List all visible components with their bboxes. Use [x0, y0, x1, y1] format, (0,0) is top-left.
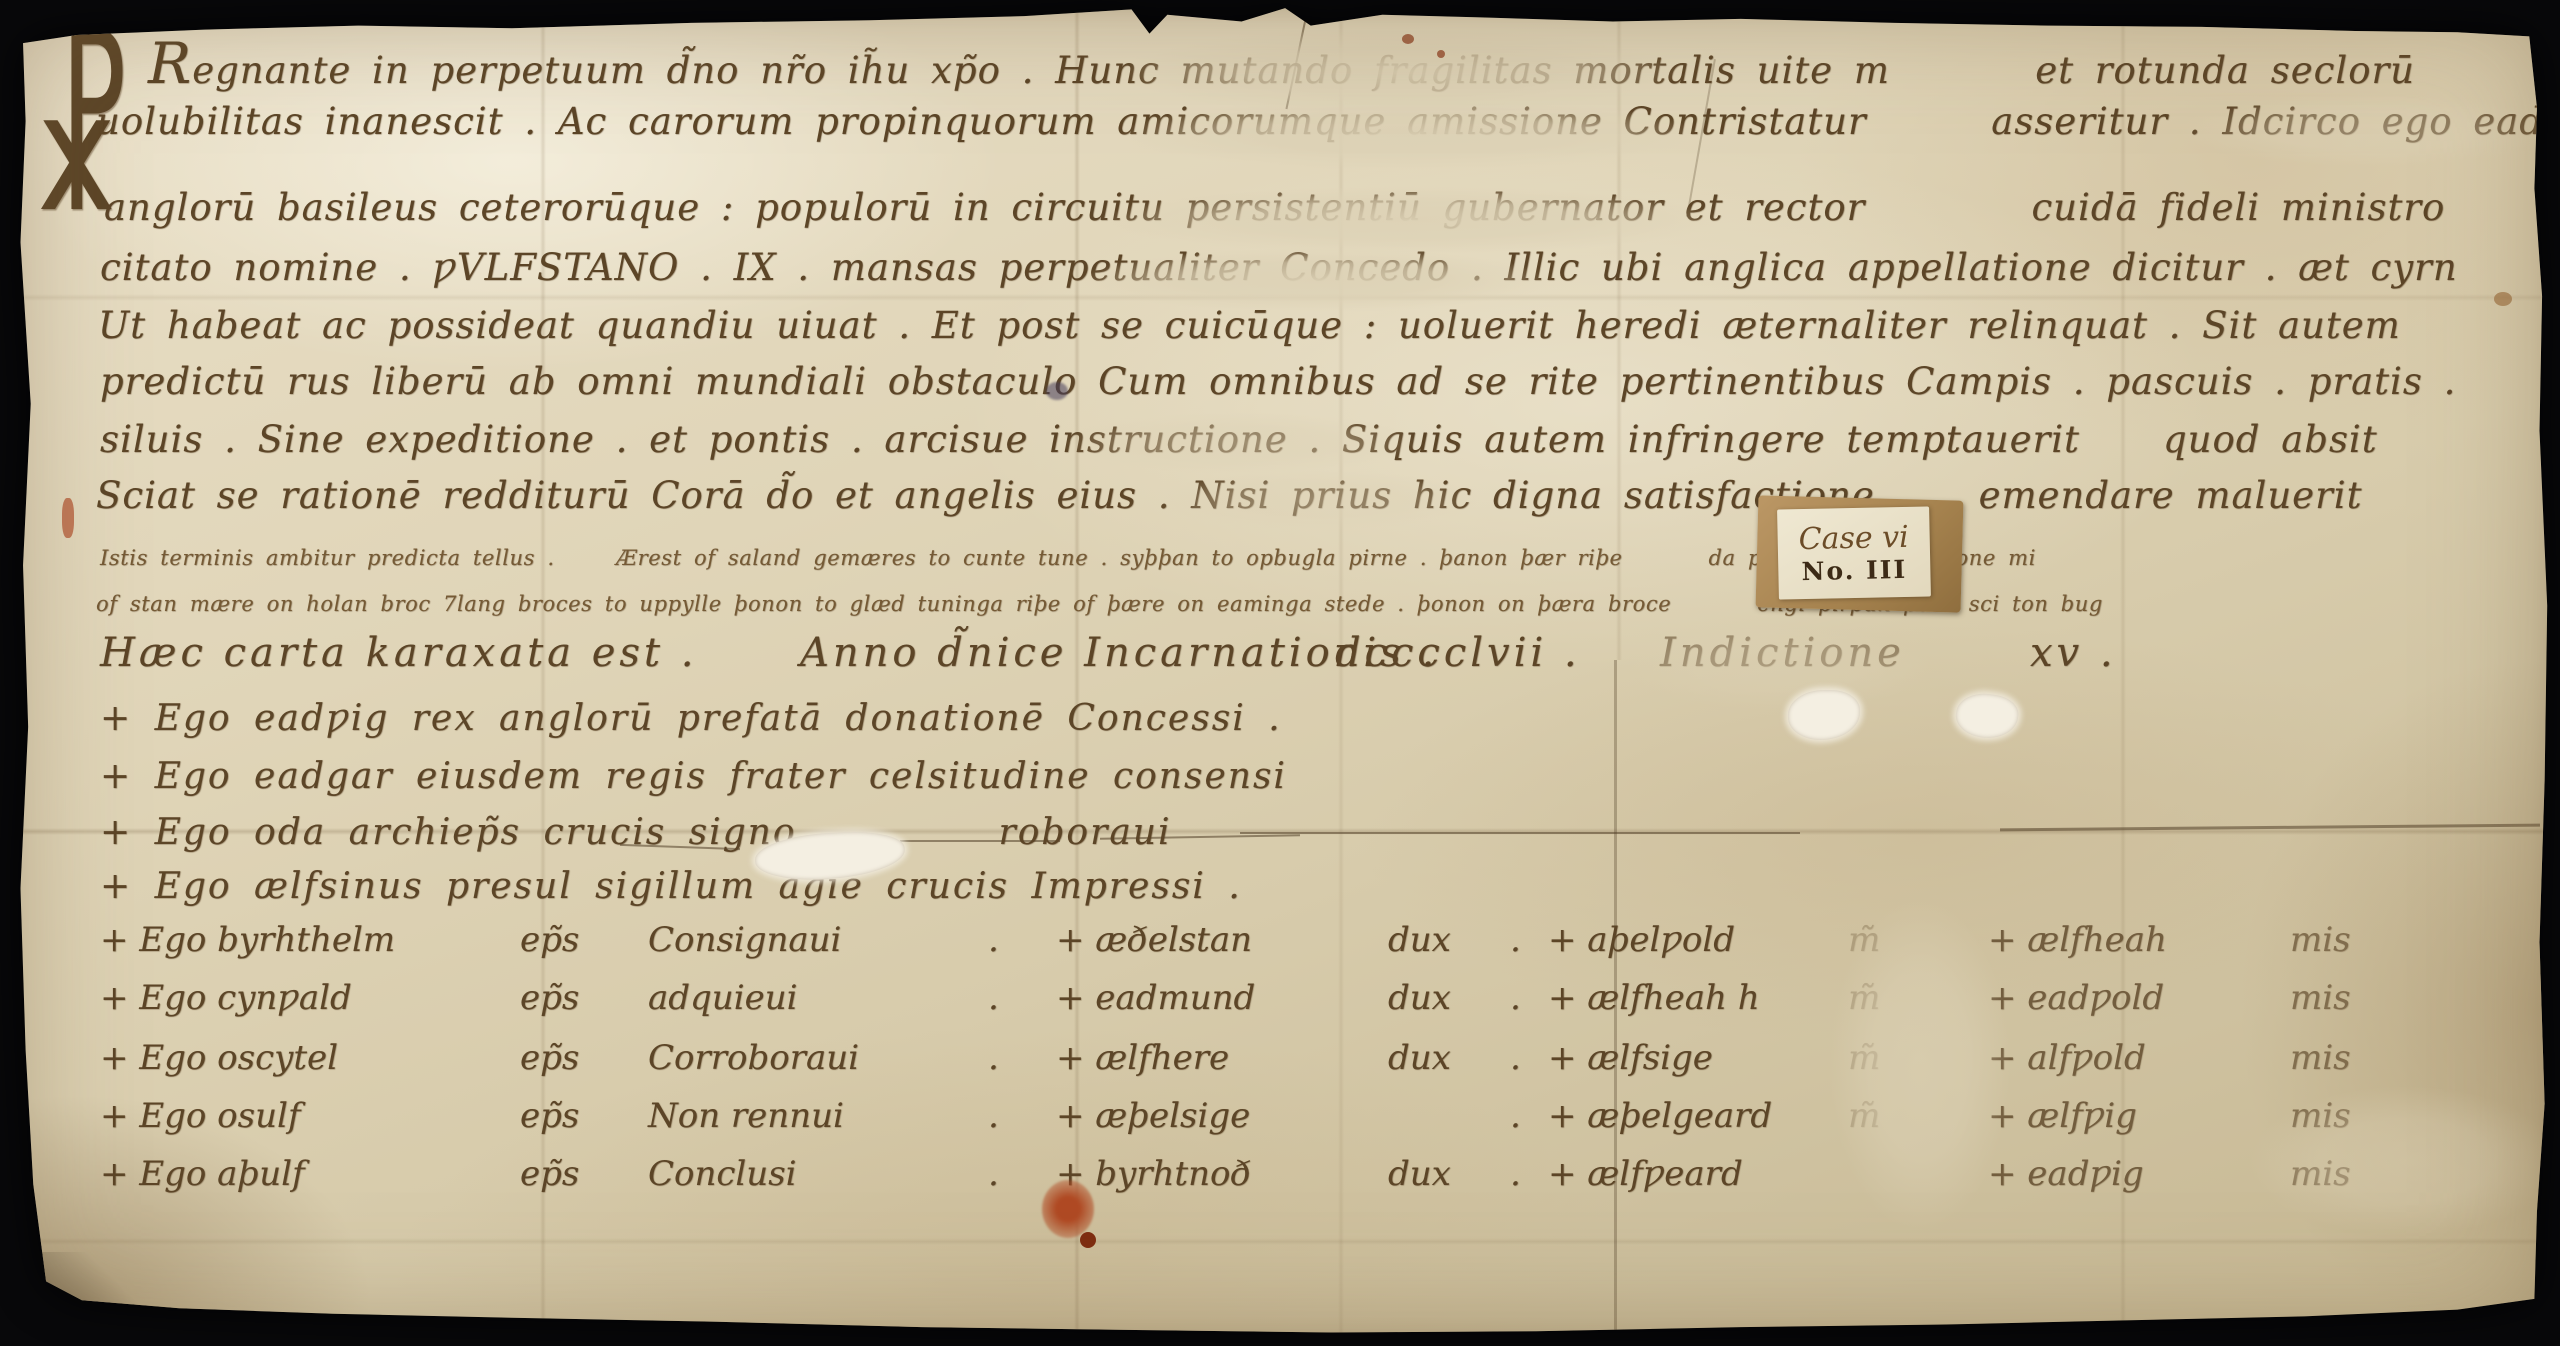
photograph-of-charter: ☧ Regnante in perpetuum d̃no nr̃o ih̃u x…: [0, 0, 2560, 1346]
parchment-sheet: ☧ Regnante in perpetuum d̃no nr̃o ih̃u x…: [0, 0, 2560, 1346]
parchment-vignette: [0, 0, 2560, 1346]
parchment-wrap: ☧ Regnante in perpetuum d̃no nr̃o ih̃u x…: [0, 0, 2560, 1346]
